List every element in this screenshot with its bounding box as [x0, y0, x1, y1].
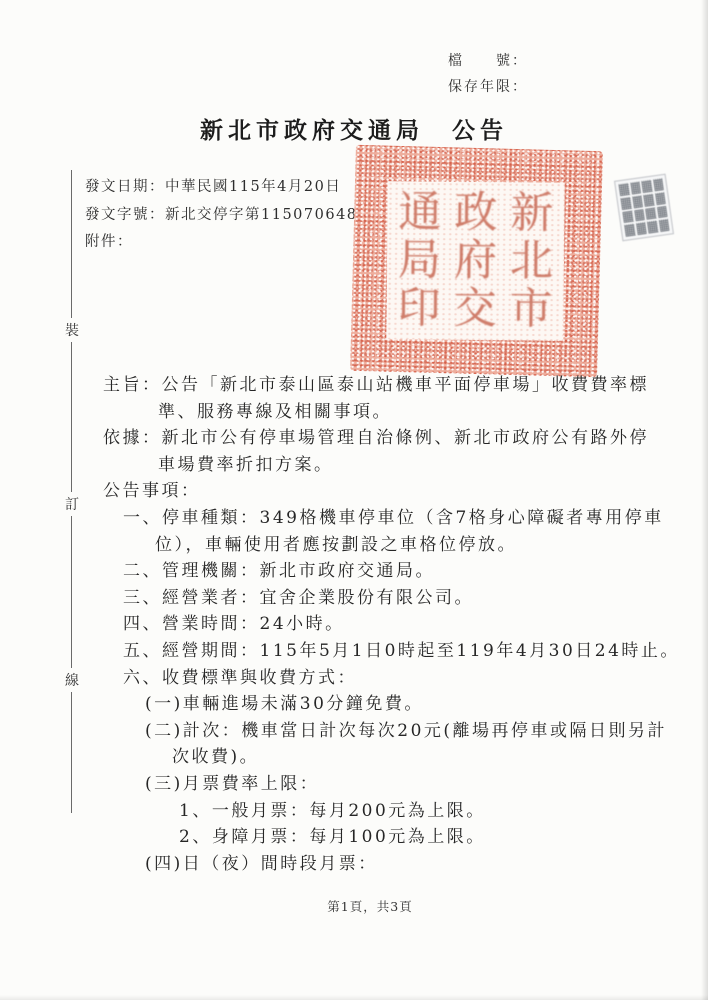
stamp-glyph-block [619, 183, 630, 196]
body-line-subject: 主旨：公告「新北市泰山區泰山站機車平面停車場」收費費率標 [103, 372, 673, 399]
body-line-item1-cont: 位），車輛使用者應按劃設之車格位停放。 [103, 532, 673, 559]
body-line-item1: 一、停車種類：349格機車停車位（含7格身心障礙者專用停車 [103, 505, 673, 532]
seal-character: 印 [391, 284, 447, 332]
seal-character: 新 [504, 189, 560, 237]
document-meta: 發文日期：中華民國115年4月20日 發文字號：新北交停字第1150706485… [85, 174, 384, 257]
stamp-glyph-block [655, 192, 666, 205]
body-line-item2: 二、管理機關：新北市政府交通局。 [103, 558, 673, 585]
body-line-item3: 三、經營業者：宜舍企業股份有限公司。 [103, 585, 673, 612]
scan-edge-shadow-bottom [0, 995, 708, 1000]
stamp-glyph-block [620, 197, 631, 210]
stamp-glyph-block [630, 181, 641, 194]
doc-number-line: 發文字號：新北交停字第1150706485號 [85, 202, 384, 230]
document-title: 新北市政府交通局 公告 [0, 112, 708, 145]
stamp-glyph-block [658, 219, 669, 232]
stamp-glyph-block [647, 221, 658, 234]
body-line-basis-cont: 車場費率折扣方案。 [103, 452, 673, 479]
file-number-block: 檔 號： 保存年限： [448, 48, 528, 100]
announcement-body: 主旨：公告「新北市泰山區泰山站機車平面停車場」收費費率標 準、服務專線及相關事項… [103, 372, 673, 877]
retention-period-label: 保存年限： [448, 74, 528, 100]
document-page: 檔 號： 保存年限： 新北市政府交通局 公告 發文日期：中華民國115年4月20… [0, 0, 708, 1000]
stamp-glyph-block [653, 178, 664, 191]
stamp-glyph-block [657, 205, 668, 218]
stamp-glyph-block [636, 222, 647, 235]
body-line-matters: 公告事項： [103, 478, 673, 505]
body-line-item6: 六、收費標準與收費方式： [103, 665, 673, 692]
body-line-item6-3: (三)月票費率上限： [103, 771, 673, 798]
issue-date-line: 發文日期：中華民國115年4月20日 [85, 174, 384, 202]
stamp-glyph-block [632, 195, 643, 208]
seal-character: 北 [503, 237, 559, 285]
seal-column: 政 府 交 [447, 189, 504, 333]
body-line-item5: 五、經營期間：115年5月1日0時起至119年4月30日24時止。 [103, 638, 673, 665]
stamp-glyph-block [641, 180, 652, 193]
body-line-subject-cont: 準、服務專線及相關事項。 [103, 399, 673, 426]
stamp-glyph-block [634, 209, 645, 222]
binding-mark-xian: 線 [63, 668, 81, 692]
stamp-glyph-block [622, 210, 633, 223]
attachment-line: 附件： [85, 229, 384, 257]
body-line-item6-1: (一)車輛進場未滿30分鐘免費。 [103, 691, 673, 718]
binding-mark-zhuang: 裝 [63, 318, 81, 342]
official-seal-face: 新 北 市 政 府 交 通 局 印 [386, 181, 564, 341]
stamp-glyph-block [645, 207, 656, 220]
body-line-item4: 四、營業時間：24小時。 [103, 611, 673, 638]
seal-character: 交 [447, 285, 503, 333]
official-seal: 新 北 市 政 府 交 通 局 印 [350, 145, 603, 377]
body-line-item6-2-cont: 次收費)。 [103, 744, 673, 771]
stamp-glyph-block [643, 193, 654, 206]
file-number-label: 檔 號： [448, 48, 528, 74]
page-number: 第1頁，共3頁 [16, 897, 708, 915]
seal-character: 政 [448, 189, 504, 237]
seal-character: 局 [391, 236, 447, 284]
binding-mark-ding: 訂 [63, 492, 81, 516]
seal-column: 通 局 印 [391, 188, 448, 332]
seal-character: 府 [447, 237, 503, 285]
body-line-item6-2: (二)計次：機車當日計次每次20元(離場再停車或隔日則另計 [103, 718, 673, 745]
seal-character: 市 [503, 285, 559, 333]
seal-column: 新 北 市 [503, 189, 560, 333]
body-line-item6-3-1: 1、一般月票：每月200元為上限。 [103, 798, 673, 825]
body-line-item6-4: (四)日（夜）間時段月票： [103, 851, 673, 878]
stamp-glyph-block [624, 224, 635, 237]
seal-character: 通 [392, 188, 448, 236]
body-line-item6-3-2: 2、身障月票：每月100元為上限。 [103, 824, 673, 851]
body-line-basis: 依據：新北市公有停車場管理自治條例、新北市政府公有路外停 [103, 425, 673, 452]
electronic-exchange-stamp [614, 174, 674, 242]
scan-edge-shadow-right [701, 0, 708, 1000]
